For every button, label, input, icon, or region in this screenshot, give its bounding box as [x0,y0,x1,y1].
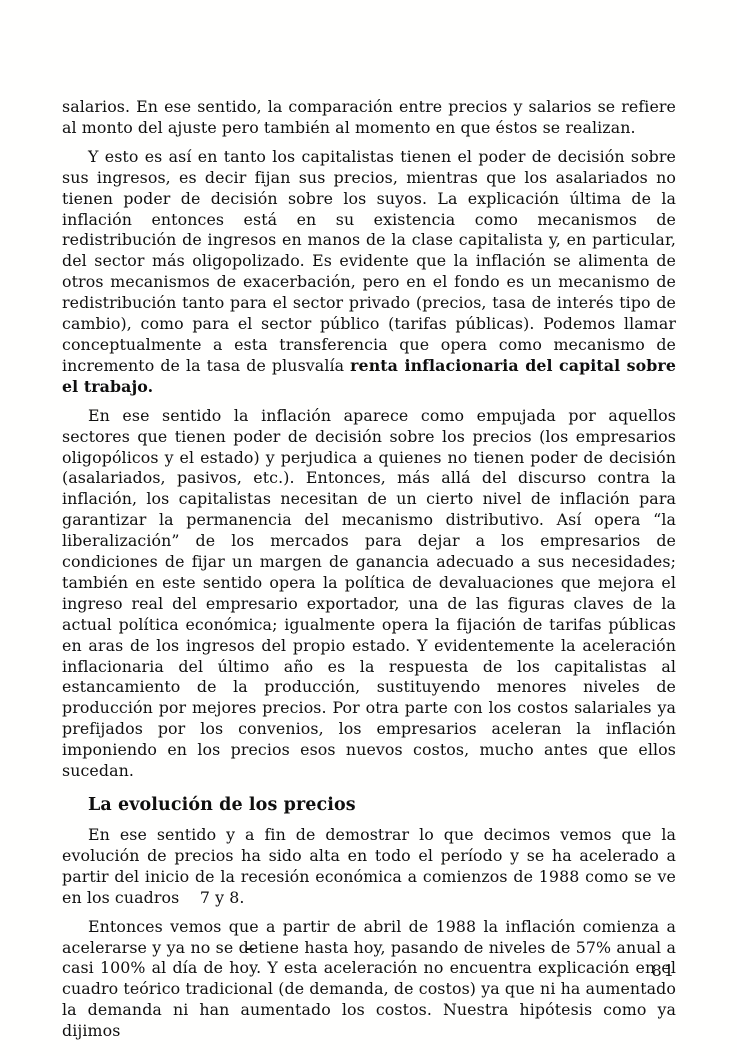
section-heading: La evolución de los precios [62,795,676,816]
scan-artifact-dash [245,948,254,950]
paragraph-text: Y esto es así en tanto los capitalistas … [62,147,676,375]
paragraph: Y esto es así en tanto los capitalistas … [62,147,676,398]
paragraph: En ese sentido y a fin de demostrar lo q… [62,825,676,909]
paragraph: Entonces vemos que a partir de abril de … [62,917,676,1042]
text-block: salarios. En ese sentido, la comparación… [62,97,676,1050]
document-page: salarios. En ese sentido, la comparación… [0,0,737,1056]
paragraph: En ese sentido la inflación aparece como… [62,406,676,782]
paragraph-continuation: salarios. En ese sentido, la comparación… [62,97,676,139]
page-number: 81 [652,961,676,980]
